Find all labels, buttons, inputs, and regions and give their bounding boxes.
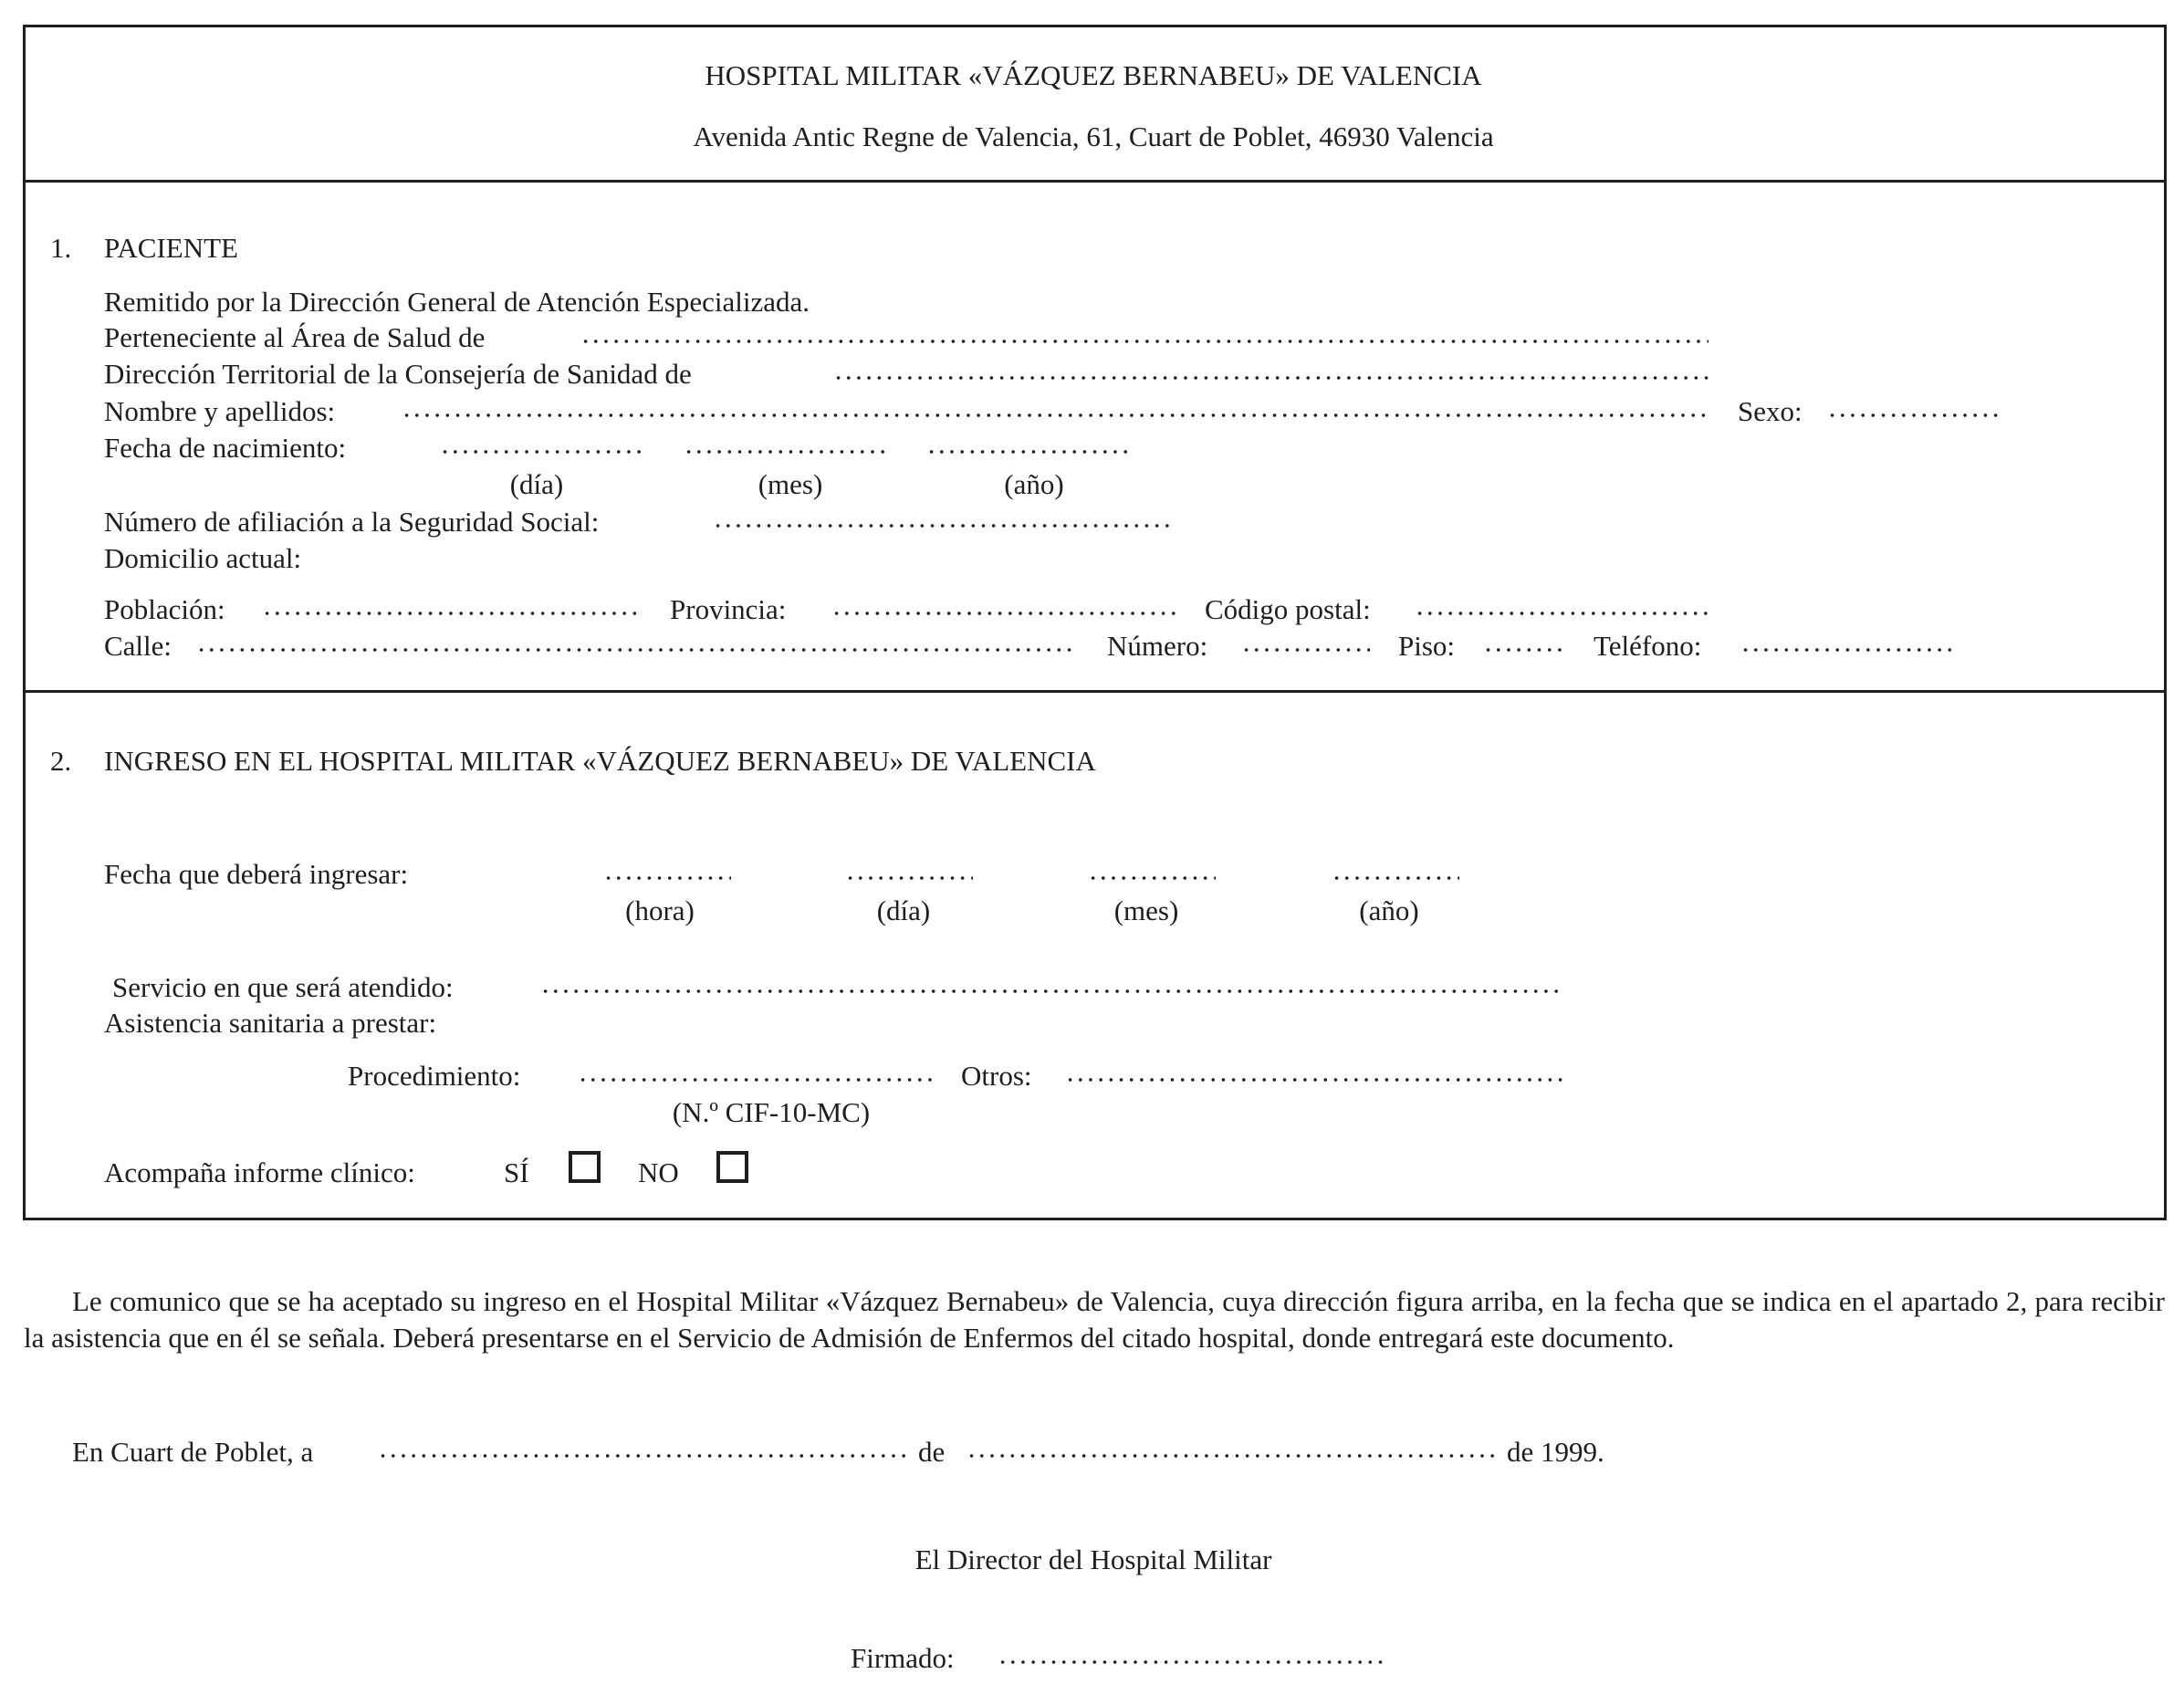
clinical-report-label: Acompaña informe clínico: bbox=[104, 1158, 415, 1187]
section1-title: PACIENTE bbox=[104, 234, 238, 262]
service-label: Servicio en que será atendido: bbox=[112, 973, 454, 1001]
postal-code-field[interactable] bbox=[1415, 612, 1709, 615]
procedure-field[interactable] bbox=[578, 1078, 932, 1082]
no-label: NO bbox=[638, 1158, 679, 1187]
health-area-label: Perteneciente al Área de Salud de bbox=[104, 323, 485, 351]
procedure-label: Procedimiento: bbox=[348, 1062, 520, 1090]
birth-label: Fecha de nacimiento: bbox=[104, 434, 346, 462]
yes-checkbox[interactable] bbox=[569, 1151, 601, 1183]
date-day-field[interactable] bbox=[378, 1454, 910, 1458]
floor-field[interactable] bbox=[1483, 648, 1563, 652]
date-month-field[interactable] bbox=[967, 1454, 1499, 1458]
section-divider bbox=[23, 690, 2167, 693]
hospital-address: Avenida Antic Regne de Valencia, 61, Cua… bbox=[693, 122, 1493, 151]
admission-month-caption: (mes) bbox=[1114, 896, 1179, 925]
date-of-word: de bbox=[918, 1438, 945, 1466]
no-checkbox[interactable] bbox=[716, 1151, 748, 1183]
form-frame bbox=[23, 25, 2167, 1220]
others-field[interactable] bbox=[1065, 1078, 1562, 1082]
street-number-field[interactable] bbox=[1241, 648, 1370, 652]
sex-field[interactable] bbox=[1827, 413, 2001, 417]
ss-label: Número de afiliación a la Seguridad Soci… bbox=[104, 507, 599, 536]
town-field[interactable] bbox=[262, 612, 640, 615]
birth-month-caption: (mes) bbox=[758, 470, 823, 498]
signed-label: Firmado: bbox=[851, 1644, 955, 1672]
admission-day-field[interactable] bbox=[845, 876, 973, 880]
yes-label: SÍ bbox=[504, 1158, 529, 1187]
birth-day-caption: (día) bbox=[510, 470, 564, 498]
phone-label: Teléfono: bbox=[1594, 632, 1701, 660]
postal-code-label: Código postal: bbox=[1205, 595, 1371, 623]
birth-year-field[interactable] bbox=[926, 450, 1128, 454]
territorial-label: Dirección Territorial de la Consejería d… bbox=[104, 360, 692, 388]
admission-month-field[interactable] bbox=[1088, 876, 1216, 880]
admission-year-field[interactable] bbox=[1332, 876, 1459, 880]
street-label: Calle: bbox=[104, 632, 172, 660]
header-divider bbox=[23, 180, 2167, 183]
town-label: Población: bbox=[104, 595, 225, 623]
territorial-field[interactable] bbox=[833, 376, 1709, 380]
section1-number: 1. bbox=[50, 234, 71, 262]
admission-hour-caption: (hora) bbox=[625, 896, 695, 925]
date-year-suffix: de 1999. bbox=[1507, 1438, 1604, 1466]
birth-year-caption: (año) bbox=[1004, 470, 1063, 498]
birth-month-field[interactable] bbox=[684, 450, 885, 454]
referred-by-text: Remitido por la Dirección General de Ate… bbox=[104, 288, 810, 316]
address-label: Domicilio actual: bbox=[104, 544, 301, 572]
ss-field[interactable] bbox=[713, 524, 1176, 528]
floor-label: Piso: bbox=[1398, 632, 1455, 660]
service-field[interactable] bbox=[540, 989, 1562, 993]
name-field[interactable] bbox=[402, 413, 1709, 417]
birth-day-field[interactable] bbox=[440, 450, 642, 454]
province-label: Provincia: bbox=[670, 595, 786, 623]
admission-year-caption: (año) bbox=[1359, 896, 1418, 925]
others-label: Otros: bbox=[961, 1062, 1032, 1090]
procedure-code-note: (N.º CIF-10-MC) bbox=[673, 1098, 870, 1126]
sex-label: Sexo: bbox=[1738, 397, 1803, 425]
place-date-prefix: En Cuart de Poblet, a bbox=[72, 1438, 313, 1466]
signature-field[interactable] bbox=[998, 1660, 1385, 1664]
admission-hour-field[interactable] bbox=[603, 876, 731, 880]
section2-title: INGRESO EN EL HOSPITAL MILITAR «VÁZQUEZ … bbox=[104, 747, 1096, 775]
street-number-label: Número: bbox=[1107, 632, 1207, 660]
admission-notice-paragraph: Le comunico que se ha aceptado su ingres… bbox=[24, 1283, 2165, 1355]
hospital-title: HOSPITAL MILITAR «VÁZQUEZ BERNABEU» DE V… bbox=[705, 61, 1481, 89]
province-field[interactable] bbox=[831, 612, 1176, 615]
street-field[interactable] bbox=[196, 648, 1077, 652]
admission-date-label: Fecha que deberá ingresar: bbox=[104, 860, 408, 888]
health-area-field[interactable] bbox=[580, 340, 1709, 343]
admission-day-caption: (día) bbox=[877, 896, 931, 925]
phone-field[interactable] bbox=[1740, 648, 1951, 652]
director-title: El Director del Hospital Militar bbox=[915, 1545, 1272, 1574]
name-label: Nombre y apellidos: bbox=[104, 397, 335, 425]
care-label: Asistencia sanitaria a prestar: bbox=[104, 1009, 436, 1037]
section2-number: 2. bbox=[50, 747, 71, 775]
